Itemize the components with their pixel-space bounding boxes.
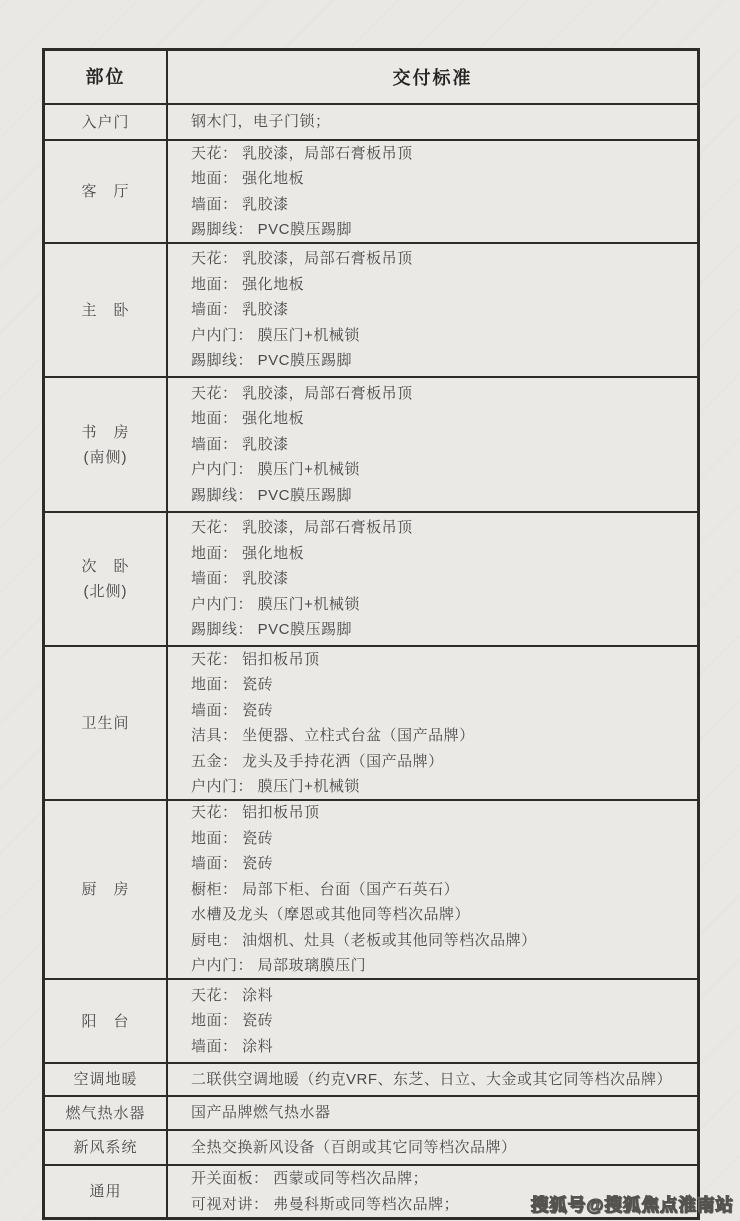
part-label: 客 厅 bbox=[81, 179, 129, 204]
table-row: 新风系统全热交换新风设备（百朗或其它同等档次品牌） bbox=[45, 1129, 697, 1164]
spec-cell: 开关面板： 西蒙或同等档次品牌；可视对讲： 弗曼科斯或同等档次品牌； bbox=[168, 1166, 697, 1217]
spec-cell: 国产品牌燃气热水器 bbox=[168, 1097, 697, 1129]
spec-line: 可视对讲： 弗曼科斯或同等档次品牌； bbox=[191, 1192, 689, 1218]
part-cell: 厨 房 bbox=[45, 801, 168, 978]
part-cell: 次 卧(北侧) bbox=[45, 513, 168, 645]
spec-line: 墙面： 乳胶漆 bbox=[191, 192, 689, 218]
part-label: 书 房 bbox=[81, 420, 129, 445]
spec-line: 天花： 乳胶漆，局部石膏板吊顶 bbox=[191, 141, 689, 167]
part-cell: 阳 台 bbox=[45, 980, 168, 1062]
table-row: 阳 台天花： 涂料地面： 瓷砖墙面： 涂料 bbox=[45, 978, 697, 1062]
part-label: (北侧) bbox=[84, 579, 128, 604]
spec-line: 地面： 瓷砖 bbox=[191, 826, 689, 852]
spec-line: 地面： 瓷砖 bbox=[191, 672, 689, 698]
spec-line: 天花： 乳胶漆，局部石膏板吊顶 bbox=[191, 246, 689, 272]
spec-line: 洁具： 坐便器、立柱式台盆（国产品牌） bbox=[191, 723, 689, 749]
spec-cell: 二联供空调地暖（约克VRF、东芝、日立、大金或其它同等档次品牌） bbox=[168, 1064, 697, 1095]
spec-line: 地面： 强化地板 bbox=[191, 541, 689, 567]
spec-line: 踢脚线： PVC膜压踢脚 bbox=[191, 348, 689, 374]
delivery-standards-table: 部位 交付标准 入户门钢木门，电子门锁；客 厅天花： 乳胶漆，局部石膏板吊顶地面… bbox=[42, 48, 700, 1220]
part-cell: 主 卧 bbox=[45, 244, 168, 376]
spec-line: 天花： 涂料 bbox=[191, 983, 689, 1009]
table-row: 燃气热水器国产品牌燃气热水器 bbox=[45, 1095, 697, 1129]
header-standard-label: 交付标准 bbox=[393, 64, 473, 90]
spec-line: 水槽及龙头（摩恩或其他同等档次品牌） bbox=[191, 902, 689, 928]
spec-line: 墙面： 瓷砖 bbox=[191, 698, 689, 724]
spec-cell: 天花： 乳胶漆，局部石膏板吊顶地面： 强化地板墙面： 乳胶漆户内门： 膜压门+机… bbox=[168, 378, 697, 511]
spec-line: 踢脚线： PVC膜压踢脚 bbox=[191, 617, 689, 643]
spec-line: 户内门： 膜压门+机械锁 bbox=[191, 592, 689, 618]
part-cell: 卫生间 bbox=[45, 647, 168, 799]
spec-line: 墙面： 乳胶漆 bbox=[191, 432, 689, 458]
spec-line: 户内门： 局部玻璃膜压门 bbox=[191, 953, 689, 979]
spec-line: 钢木门，电子门锁； bbox=[191, 109, 689, 135]
table-row: 主 卧天花： 乳胶漆，局部石膏板吊顶地面： 强化地板墙面： 乳胶漆户内门： 膜压… bbox=[45, 242, 697, 376]
spec-line: 橱柜： 局部下柜、台面（国产石英石） bbox=[191, 877, 689, 903]
spec-line: 踢脚线： PVC膜压踢脚 bbox=[191, 483, 689, 509]
part-label: 空调地暖 bbox=[73, 1067, 137, 1092]
spec-table-body: 入户门钢木门，电子门锁；客 厅天花： 乳胶漆，局部石膏板吊顶地面： 强化地板墙面… bbox=[45, 103, 697, 1217]
spec-line: 五金： 龙头及手持花洒（国产品牌） bbox=[191, 749, 689, 775]
part-cell: 燃气热水器 bbox=[45, 1097, 168, 1129]
spec-cell: 天花： 铝扣板吊顶地面： 瓷砖墙面： 瓷砖洁具： 坐便器、立柱式台盆（国产品牌）… bbox=[168, 647, 697, 799]
part-label: 次 卧 bbox=[81, 554, 129, 579]
spec-line: 地面： 强化地板 bbox=[191, 406, 689, 432]
part-cell: 入户门 bbox=[45, 105, 168, 139]
table-row: 厨 房天花： 铝扣板吊顶地面： 瓷砖墙面： 瓷砖橱柜： 局部下柜、台面（国产石英… bbox=[45, 799, 697, 978]
spec-line: 二联供空调地暖（约克VRF、东芝、日立、大金或其它同等档次品牌） bbox=[191, 1067, 689, 1093]
spec-line: 地面： 强化地板 bbox=[191, 272, 689, 298]
spec-cell: 天花： 铝扣板吊顶地面： 瓷砖墙面： 瓷砖橱柜： 局部下柜、台面（国产石英石）水… bbox=[168, 801, 697, 978]
part-label: 通用 bbox=[89, 1179, 121, 1204]
spec-line: 厨电： 油烟机、灶具（老板或其他同等档次品牌） bbox=[191, 928, 689, 954]
part-label: 入户门 bbox=[81, 110, 129, 135]
spec-line: 地面： 瓷砖 bbox=[191, 1008, 689, 1034]
spec-cell: 全热交换新风设备（百朗或其它同等档次品牌） bbox=[168, 1131, 697, 1164]
spec-line: 开关面板： 西蒙或同等档次品牌； bbox=[191, 1166, 689, 1192]
spec-cell: 天花： 涂料地面： 瓷砖墙面： 涂料 bbox=[168, 980, 697, 1062]
part-label: 厨 房 bbox=[81, 877, 129, 902]
spec-line: 墙面： 乳胶漆 bbox=[191, 566, 689, 592]
spec-line: 全热交换新风设备（百朗或其它同等档次品牌） bbox=[191, 1135, 689, 1161]
table-row: 空调地暖二联供空调地暖（约克VRF、东芝、日立、大金或其它同等档次品牌） bbox=[45, 1062, 697, 1095]
table-row: 书 房(南侧)天花： 乳胶漆，局部石膏板吊顶地面： 强化地板墙面： 乳胶漆户内门… bbox=[45, 376, 697, 511]
part-cell: 书 房(南侧) bbox=[45, 378, 168, 511]
spec-line: 天花： 乳胶漆，局部石膏板吊顶 bbox=[191, 381, 689, 407]
part-label: 新风系统 bbox=[73, 1135, 137, 1160]
table-row: 卫生间天花： 铝扣板吊顶地面： 瓷砖墙面： 瓷砖洁具： 坐便器、立柱式台盆（国产… bbox=[45, 645, 697, 799]
part-cell: 新风系统 bbox=[45, 1131, 168, 1164]
header-part-label: 部位 bbox=[86, 65, 126, 90]
part-label: 燃气热水器 bbox=[65, 1101, 145, 1126]
header-part-cell: 部位 bbox=[45, 51, 168, 103]
spec-line: 地面： 强化地板 bbox=[191, 166, 689, 192]
table-row: 入户门钢木门，电子门锁； bbox=[45, 103, 697, 139]
part-label: 卫生间 bbox=[81, 711, 129, 736]
table-row: 客 厅天花： 乳胶漆，局部石膏板吊顶地面： 强化地板墙面： 乳胶漆踢脚线： PV… bbox=[45, 139, 697, 242]
spec-line: 户内门： 膜压门+机械锁 bbox=[191, 774, 689, 800]
table-row: 通用开关面板： 西蒙或同等档次品牌；可视对讲： 弗曼科斯或同等档次品牌； bbox=[45, 1164, 697, 1217]
spec-line: 踢脚线： PVC膜压踢脚 bbox=[191, 217, 689, 243]
part-label: 主 卧 bbox=[81, 298, 129, 323]
part-cell: 客 厅 bbox=[45, 141, 168, 242]
spec-line: 户内门： 膜压门+机械锁 bbox=[191, 457, 689, 483]
part-cell: 通用 bbox=[45, 1166, 168, 1217]
spec-cell: 天花： 乳胶漆，局部石膏板吊顶地面： 强化地板墙面： 乳胶漆踢脚线： PVC膜压… bbox=[168, 141, 697, 242]
spec-line: 户内门： 膜压门+机械锁 bbox=[191, 323, 689, 349]
table-row: 次 卧(北侧)天花： 乳胶漆，局部石膏板吊顶地面： 强化地板墙面： 乳胶漆户内门… bbox=[45, 511, 697, 645]
table-header-row: 部位 交付标准 bbox=[45, 51, 697, 103]
spec-line: 天花： 铝扣板吊顶 bbox=[191, 800, 689, 826]
spec-line: 墙面： 涂料 bbox=[191, 1034, 689, 1060]
spec-cell: 钢木门，电子门锁； bbox=[168, 105, 697, 139]
part-cell: 空调地暖 bbox=[45, 1064, 168, 1095]
spec-cell: 天花： 乳胶漆，局部石膏板吊顶地面： 强化地板墙面： 乳胶漆户内门： 膜压门+机… bbox=[168, 244, 697, 376]
part-label: 阳 台 bbox=[81, 1009, 129, 1034]
spec-line: 国产品牌燃气热水器 bbox=[191, 1100, 689, 1126]
spec-line: 天花： 铝扣板吊顶 bbox=[191, 647, 689, 673]
spec-line: 天花： 乳胶漆，局部石膏板吊顶 bbox=[191, 515, 689, 541]
spec-line: 墙面： 乳胶漆 bbox=[191, 297, 689, 323]
header-standard-cell: 交付标准 bbox=[168, 51, 697, 103]
spec-cell: 天花： 乳胶漆，局部石膏板吊顶地面： 强化地板墙面： 乳胶漆户内门： 膜压门+机… bbox=[168, 513, 697, 645]
spec-line: 墙面： 瓷砖 bbox=[191, 851, 689, 877]
part-label: (南侧) bbox=[84, 445, 128, 470]
